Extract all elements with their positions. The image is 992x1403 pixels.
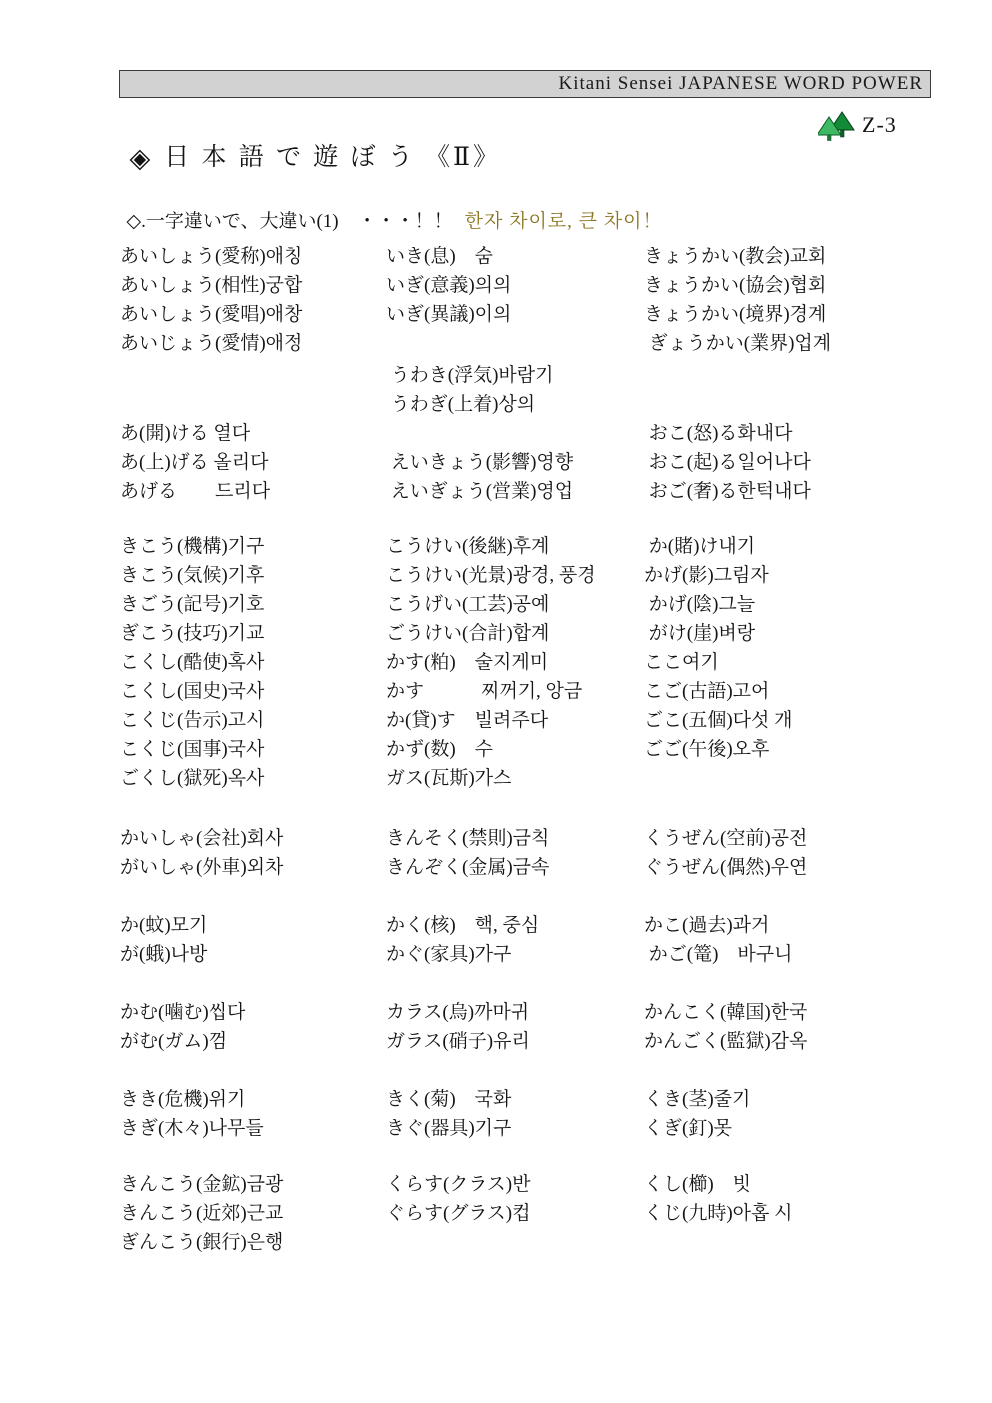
word-row: あ(開)ける 열다 おこ(怒)る화내다 [0,419,992,448]
word-entry: くじ(九時)아홉 시 [644,1199,792,1228]
word-row: こくし(国史)국사かす 찌꺼기, 앙금こご(古語)고어 [0,677,992,706]
word-entry: うわぎ(上着)상의 [386,390,535,419]
word-entry: いぎ(異議)이의 [386,300,511,329]
word-row: あいしょう(愛唱)애창いぎ(異議)이의きょうかい(境界)경계 [0,300,992,329]
word-entry: ここ여기 [644,648,719,677]
word-block: か(蚊)모기かく(核) 핵, 중심かこ(過去)과거が(蛾)나방かぐ(家具)가구 … [0,911,992,969]
word-entry: くらす(クラス)반 [386,1170,530,1199]
word-entry: ガラス(硝子)유리 [386,1027,530,1056]
word-row: かいしゃ(会社)회사きんそく(禁則)금칙くうぜん(空前)공전 [0,824,992,853]
word-entry: かく(核) 핵, 중심 [386,911,539,940]
word-row: か(蚊)모기かく(核) 핵, 중심かこ(過去)과거 [0,911,992,940]
word-entry: ぎんこう(銀行)은행 [120,1228,283,1257]
word-entry: きょうかい(協会)협회 [644,271,826,300]
word-entry: きょうかい(教会)교회 [644,242,826,271]
word-entry: あいしょう(愛唱)애창 [120,300,302,329]
word-entry: きごう(記号)기호 [120,590,264,619]
word-entry: あいじょう(愛情)애정 [120,329,302,358]
word-entry: ごくし(獄死)옥사 [120,764,264,793]
word-entry: こくじ(告示)고시 [120,706,264,735]
word-entry: くうぜん(空前)공전 [644,824,807,853]
word-entry: こご(古語)고어 [644,677,769,706]
word-entry: こうげい(工芸)공예 [386,590,549,619]
word-entry: か(賭)け내기 [644,532,755,561]
word-entry: きこう(気候)기후 [120,561,264,590]
word-entry: ごご(午後)오후 [644,735,769,764]
word-row: がいしゃ(外車)외차きんぞく(金属)금속ぐうぜん(偶然)우연 [0,853,992,882]
word-entry: かんごく(監獄)감옥 [644,1027,807,1056]
word-block: あいしょう(愛称)애칭いき(息) 숨きょうかい(教会)교회あいしょう(相性)궁합… [0,242,992,358]
word-row: きこう(気候)기후こうけい(光景)광경, 풍경かげ(影)그림자 [0,561,992,590]
word-row: かむ(噛む)씹다カラス(烏)까마귀かんこく(韓国)한국 [0,998,992,1027]
word-entry: くぎ(釘)못 [644,1114,732,1143]
word-entry: かず(数) 수 [386,735,493,764]
word-entry: がいしゃ(外車)외차 [120,853,283,882]
word-block: かいしゃ(会社)회사きんそく(禁則)금칙くうぜん(空前)공전がいしゃ(外車)외차… [0,824,992,882]
word-entry: が(蛾)나방 [120,940,207,969]
word-row: ごくし(獄死)옥사ガス(瓦斯)가스 [0,764,992,793]
word-entry: きんこう(金鉱)금광 [120,1170,283,1199]
word-row: が(蛾)나방かぐ(家具)가구 かご(篭) 바구니 [0,940,992,969]
word-list: あいしょう(愛称)애칭いき(息) 숨きょうかい(教会)교회あいしょう(相性)궁합… [0,0,992,1403]
word-entry: かげ(影)그림자 [644,561,769,590]
word-row: あげる 드리다 えいぎょう(営業)영업 おご(奢)る한턱내다 [0,477,992,506]
word-entry: こくし(国史)국사 [120,677,264,706]
word-row: ぎんこう(銀行)은행 [0,1228,992,1257]
word-entry: うわき(浮気)바람기 [386,361,553,390]
word-entry: かんこく(韓国)한국 [644,998,807,1027]
word-entry: か(貸)す 빌려주다 [386,706,548,735]
word-row: あいしょう(愛称)애칭いき(息) 숨きょうかい(教会)교회 [0,242,992,271]
word-entry: きぎ(木々)나무들 [120,1114,264,1143]
word-entry: きこう(機構)기구 [120,532,264,561]
word-entry: かむ(噛む)씹다 [120,998,245,1027]
word-entry: あ(上)げる 올리다 [120,448,268,477]
word-row: うわぎ(上着)상의 [0,390,992,419]
word-entry: きぐ(器具)기구 [386,1114,511,1143]
word-entry: がけ(崖)벼랑 [644,619,755,648]
word-row: あいしょう(相性)궁합いぎ(意義)의의きょうかい(協会)협회 [0,271,992,300]
word-entry: きょうかい(境界)경계 [644,300,826,329]
word-entry: こうけい(後継)후계 [386,532,549,561]
word-entry: あいしょう(愛称)애칭 [120,242,302,271]
word-row: あ(上)げる 올리다 えいきょう(影響)영향 おこ(起)る일어나다 [0,448,992,477]
word-entry: えいきょう(影響)영향 [386,448,573,477]
word-entry: ごこ(五個)다섯 개 [644,706,792,735]
word-entry: くし(櫛) 빗 [644,1170,751,1199]
word-block: きき(危機)위기きく(菊) 국화くき(茎)줄기きぎ(木々)나무들きぐ(器具)기구… [0,1085,992,1143]
word-block: きこう(機構)기구こうけい(後継)후계 か(賭)け내기きこう(気候)기후こうけい… [0,532,992,793]
word-row: がむ(ガム)껌ガラス(硝子)유리かんごく(監獄)감옥 [0,1027,992,1056]
word-entry: かす 찌꺼기, 앙금 [386,677,582,706]
word-entry: きく(菊) 국화 [386,1085,511,1114]
word-entry: かいしゃ(会社)회사 [120,824,283,853]
word-row: きこう(機構)기구こうけい(後継)후계 か(賭)け내기 [0,532,992,561]
word-entry: かす(粕) 술지게미 [386,648,548,677]
word-entry: えいぎょう(営業)영업 [386,477,573,506]
word-entry: ぐうぜん(偶然)우연 [644,853,807,882]
word-entry: がむ(ガム)껌 [120,1027,227,1056]
word-row: うわき(浮気)바람기 [0,361,992,390]
word-block: かむ(噛む)씹다カラス(烏)까마귀かんこく(韓国)한국がむ(ガム)껌ガラス(硝子… [0,998,992,1056]
word-entry: おご(奢)る한턱내다 [644,477,811,506]
word-entry: あげる 드리다 [120,477,270,506]
word-row: きぎ(木々)나무들きぐ(器具)기구くぎ(釘)못 [0,1114,992,1143]
word-entry: いき(息) 숨 [386,242,493,271]
word-row: こくじ(国事)국사かず(数) 수ごご(午後)오후 [0,735,992,764]
word-row: きんこう(近郊)근교ぐらす(グラス)컵くじ(九時)아홉 시 [0,1199,992,1228]
word-entry: きんぞく(金属)금속 [386,853,549,882]
word-entry: おこ(起)る일어나다 [644,448,811,477]
word-row: きごう(記号)기호こうげい(工芸)공예 かげ(陰)그늘 [0,590,992,619]
word-entry: かげ(陰)그늘 [644,590,755,619]
word-row: あいじょう(愛情)애정 ぎょうかい(業界)업계 [0,329,992,358]
word-entry: か(蚊)모기 [120,911,207,940]
word-entry: ぐらす(グラス)컵 [386,1199,530,1228]
word-row: こくし(酷使)혹사かす(粕) 술지게미ここ여기 [0,648,992,677]
word-entry: きんこう(近郊)근교 [120,1199,283,1228]
word-row: ぎこう(技巧)기교ごうけい(合計)합계 がけ(崖)벼랑 [0,619,992,648]
word-block: きんこう(金鉱)금광くらす(クラス)반くし(櫛) 빗きんこう(近郊)근교ぐらす(… [0,1170,992,1257]
word-entry: カラス(烏)까마귀 [386,998,529,1027]
word-entry: こくじ(国事)국사 [120,735,264,764]
word-row: こくじ(告示)고시か(貸)す 빌려주다ごこ(五個)다섯 개 [0,706,992,735]
word-entry: かこ(過去)과거 [644,911,769,940]
word-entry: ガス(瓦斯)가스 [386,764,511,793]
word-block: うわき(浮気)바람기 うわぎ(上着)상의 [0,361,992,419]
word-entry: こうけい(光景)광경, 풍경 [386,561,596,590]
word-entry: あ(開)ける 열다 [120,419,250,448]
word-block: あ(開)ける 열다 おこ(怒)る화내다あ(上)げる 올리다 えいきょう(影響)영… [0,419,992,506]
word-entry: こくし(酷使)혹사 [120,648,264,677]
word-row: きき(危機)위기きく(菊) 국화くき(茎)줄기 [0,1085,992,1114]
word-entry: ぎょうかい(業界)업계 [644,329,831,358]
word-entry: くき(茎)줄기 [644,1085,750,1114]
word-entry: おこ(怒)る화내다 [644,419,792,448]
word-entry: きんそく(禁則)금칙 [386,824,549,853]
word-entry: いぎ(意義)의의 [386,271,511,300]
word-row: きんこう(金鉱)금광くらす(クラス)반くし(櫛) 빗 [0,1170,992,1199]
word-entry: かご(篭) 바구니 [644,940,792,969]
word-entry: あいしょう(相性)궁합 [120,271,302,300]
word-entry: きき(危機)위기 [120,1085,245,1114]
word-entry: ごうけい(合計)합계 [386,619,549,648]
word-entry: かぐ(家具)가구 [386,940,511,969]
word-entry: ぎこう(技巧)기교 [120,619,264,648]
